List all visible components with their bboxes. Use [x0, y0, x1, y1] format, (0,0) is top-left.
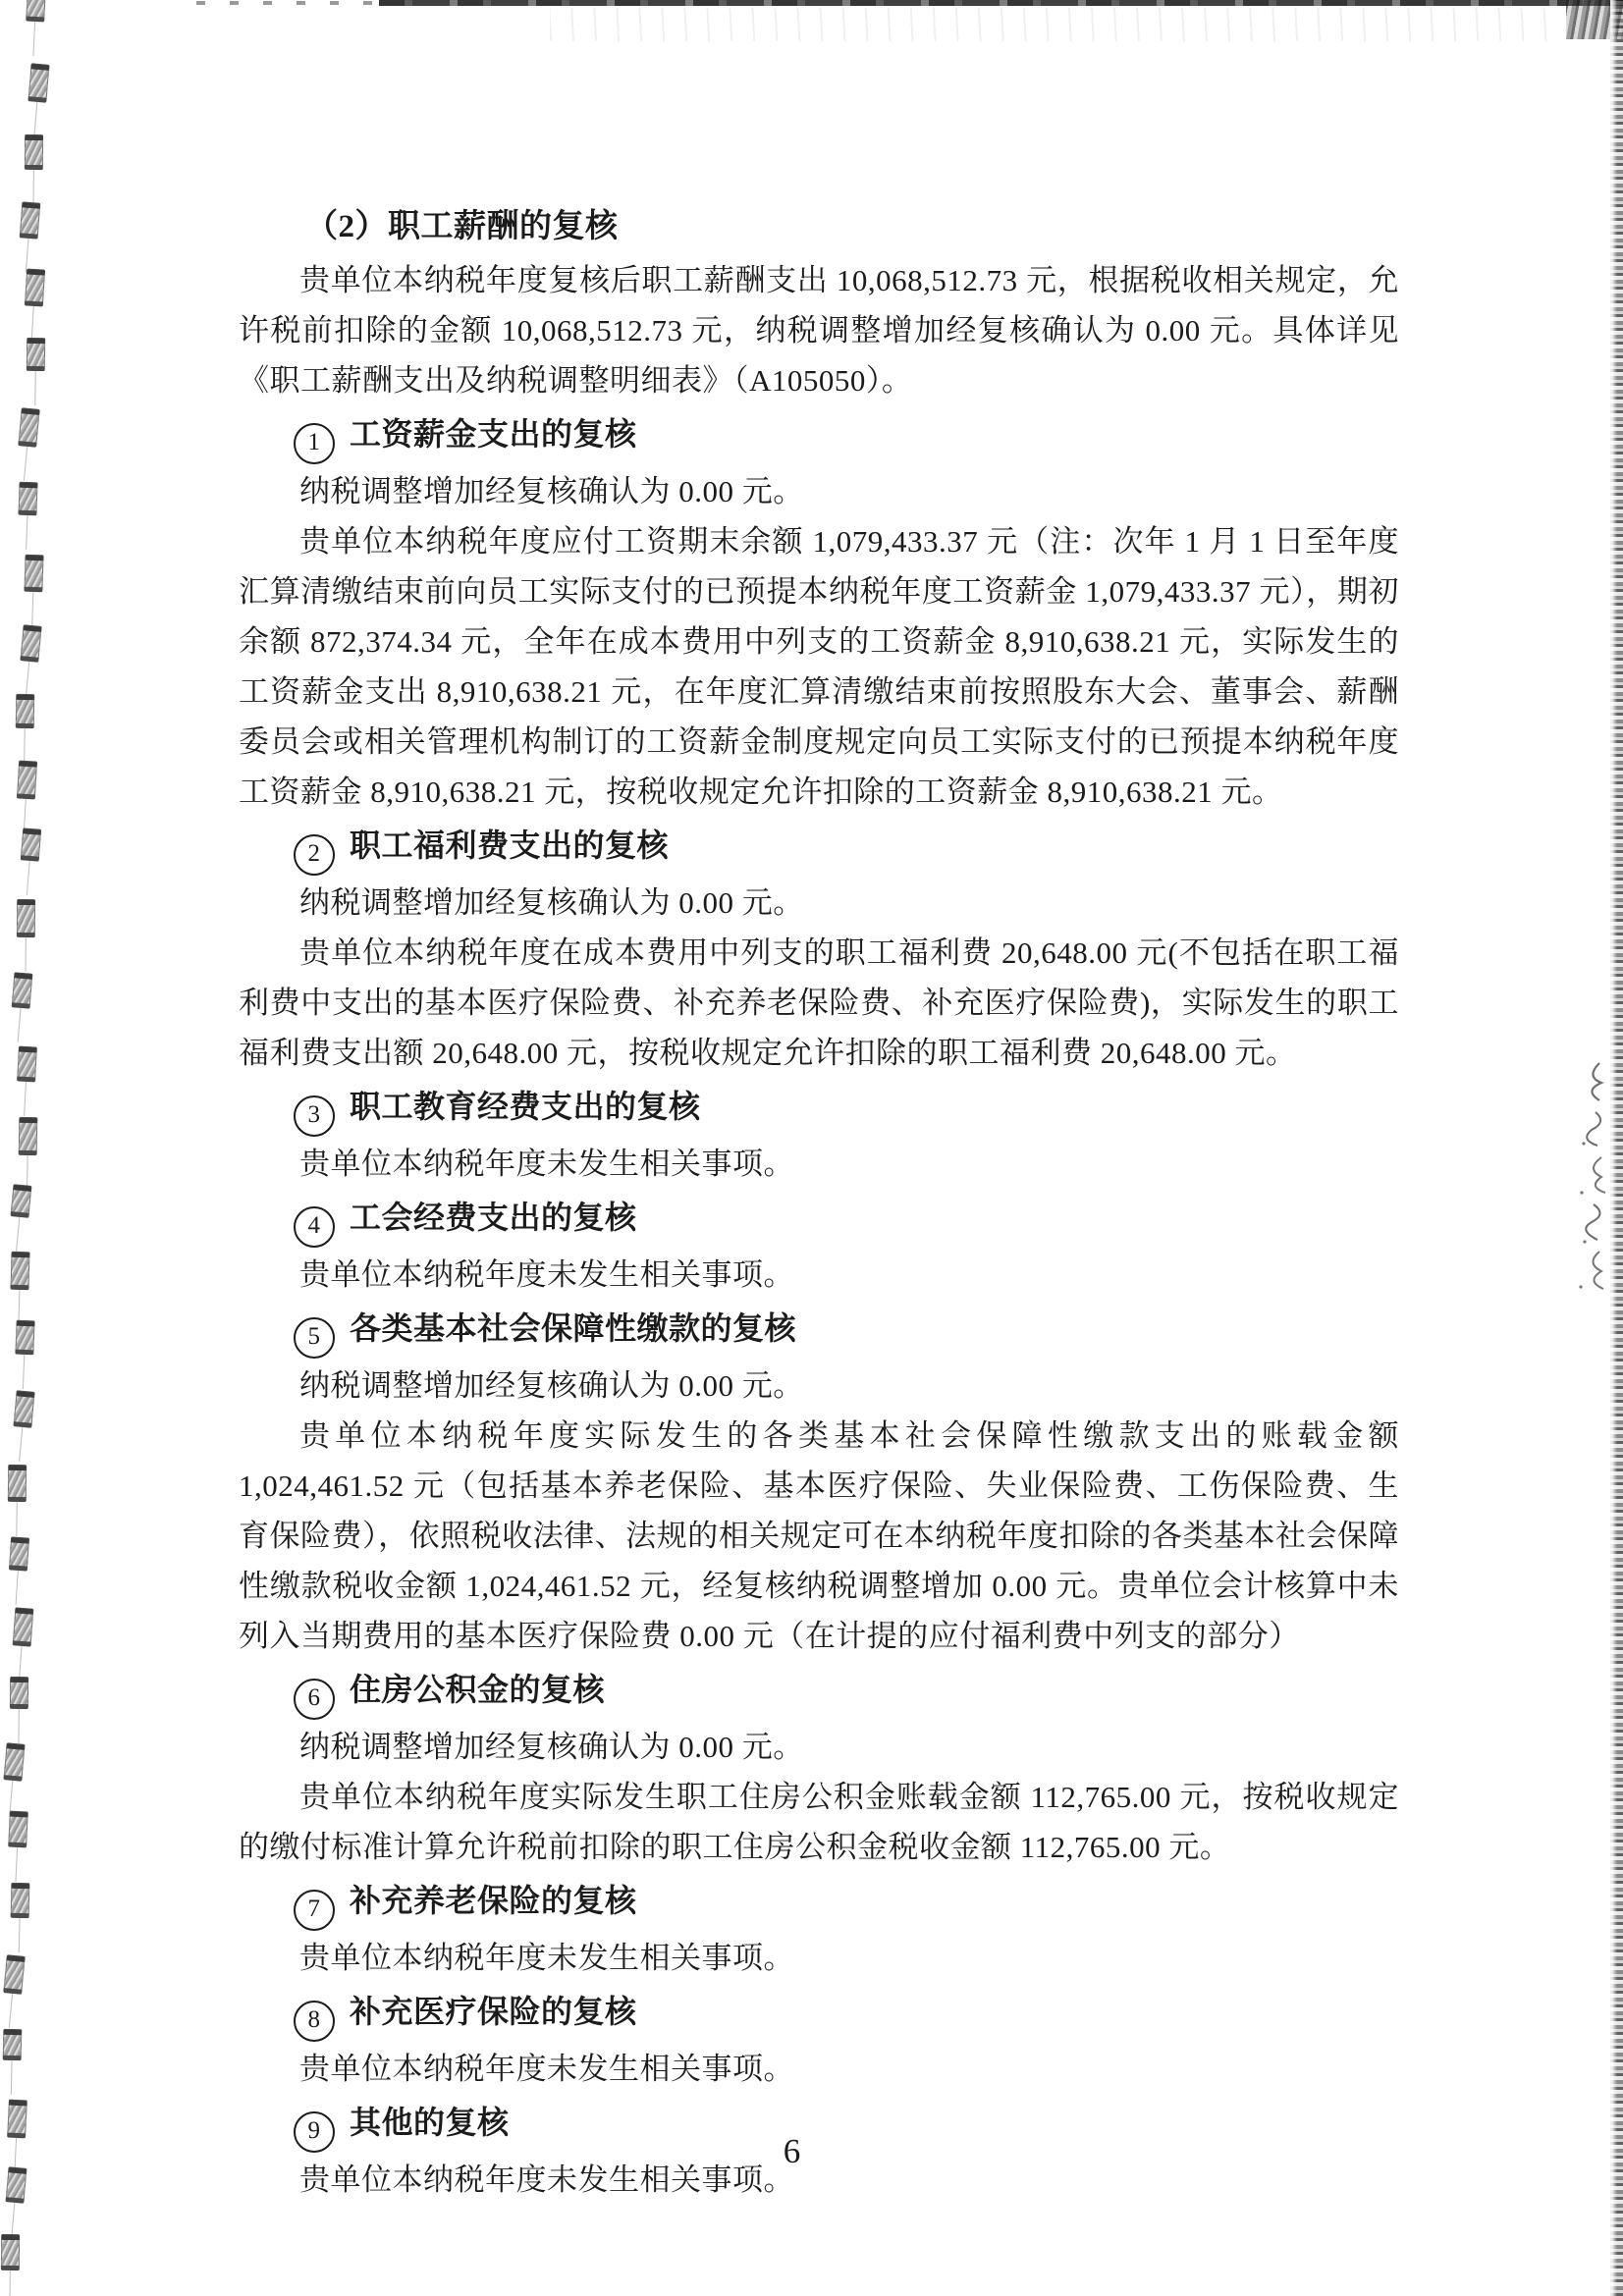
paragraph-no-related-matters: 贵单位本纳税年度未发生相关事项。	[239, 1933, 1399, 1983]
binder-hole-mark	[2, 2029, 22, 2060]
paragraph-welfare-detail: 贵单位本纳税年度在成本费用中列支的职工福利费 20,648.00 元(不包括在职…	[239, 928, 1399, 1078]
scan-top-edge-artifact	[379, 0, 1623, 6]
binder-hole-mark	[13, 1608, 34, 1647]
binder-hole-mark	[10, 1676, 28, 1709]
subheading-union-funds-review: 4工会经费支出的复核	[239, 1191, 1399, 1248]
binder-hole-mark	[20, 625, 41, 664]
subheading-social-security-review: 5各类基本社会保障性缴款的复核	[239, 1302, 1399, 1359]
circled-number-icon: 5	[294, 1317, 335, 1359]
binder-hole-mark	[26, 337, 44, 370]
subheading-supplementary-medical-review: 8补充医疗保险的复核	[239, 1985, 1399, 2042]
subheading-education-funds-review: 3职工教育经费支出的复核	[239, 1080, 1399, 1137]
binder-hole-mark	[8, 1811, 28, 1848]
section-heading-compensation-review: （2）职工薪酬的复核	[239, 201, 1399, 253]
binder-hole-mark	[16, 1319, 35, 1355]
binder-hole-mark	[24, 134, 42, 170]
subheading-welfare-review: 2职工福利费支出的复核	[239, 819, 1399, 876]
scan-speckle-artifact	[550, 8, 1564, 41]
paragraph-adjustment-confirmed: 纳税调整增加经复核确认为 0.00 元。	[239, 1361, 1399, 1411]
binder-hole-mark	[6, 2166, 27, 2203]
binder-hole-mark	[9, 1537, 29, 1572]
paragraph-adjustment-confirmed: 纳税调整增加经复核确认为 0.00 元。	[239, 878, 1399, 928]
circled-number-icon: 3	[294, 1095, 335, 1137]
binder-hole-mark	[26, 0, 46, 22]
binder-hole-mark	[25, 269, 45, 307]
binder-hole-mark	[11, 1252, 30, 1290]
paragraph-no-related-matters: 贵单位本纳税年度未发生相关事项。	[239, 1139, 1399, 1189]
paragraph-compensation-summary: 贵单位本纳税年度复核后职工薪酬支出 10,068,512.73 元，根据税收相关…	[239, 255, 1399, 405]
subheading-label: 职工福利费支出的复核	[350, 828, 669, 863]
subheading-label: 补充医疗保险的复核	[350, 1994, 637, 2029]
binder-hole-column	[0, 0, 59, 2296]
binder-hole-mark	[17, 760, 37, 799]
binder-hole-mark	[24, 555, 43, 592]
subheading-label: 工资薪金支出的复核	[350, 416, 637, 452]
document-body: （2）职工薪酬的复核 贵单位本纳税年度复核后职工薪酬支出 10,068,512.…	[239, 199, 1399, 2205]
paragraph-housing-fund-detail: 贵单位本纳税年度实际发生职工住房公积金账载金额 112,765.00 元，按税收…	[239, 1772, 1399, 1872]
binder-hole-mark	[19, 481, 38, 515]
binder-hole-mark	[21, 828, 42, 861]
binder-hole-mark	[17, 899, 35, 937]
scan-top-dashes-artifact	[196, 1, 383, 5]
binder-hole-mark	[11, 1184, 32, 1217]
binder-hole-mark	[18, 407, 40, 448]
scanned-document-page: （2）职工薪酬的复核 贵单位本纳税年度复核后职工薪酬支出 10,068,512.…	[0, 0, 1623, 2296]
subheading-label: 工会经费支出的复核	[350, 1200, 637, 1235]
subheading-supplementary-pension-review: 7补充养老保险的复核	[239, 1874, 1399, 1931]
subheading-label: 补充养老保险的复核	[350, 1883, 637, 1918]
binder-hole-mark	[11, 1882, 30, 1917]
circled-number-icon: 2	[294, 834, 335, 876]
circled-number-icon: 1	[294, 423, 335, 464]
subheading-label: 职工教育经费支出的复核	[350, 1089, 701, 1124]
binder-hole-mark	[19, 1117, 38, 1155]
circled-number-icon: 6	[294, 1679, 335, 1720]
circled-number-icon: 8	[294, 2001, 335, 2042]
circled-number-icon: 4	[294, 1206, 335, 1248]
subheading-housing-fund-review: 6住房公积金的复核	[239, 1663, 1399, 1720]
circled-number-icon: 7	[294, 1890, 335, 1931]
paragraph-adjustment-confirmed: 纳税调整增加经复核确认为 0.00 元。	[239, 1722, 1399, 1772]
page-number: 6	[0, 2132, 1584, 2171]
binder-hole-mark	[17, 1045, 37, 1082]
paragraph-wages-detail: 贵单位本纳税年度应付工资期末余额 1,079,433.37 元（注：次年 1 月…	[239, 516, 1399, 817]
handwritten-margin-marks	[1570, 1055, 1621, 1310]
binder-hole-mark	[28, 63, 50, 102]
paragraph-adjustment-confirmed: 纳税调整增加经复核确认为 0.00 元。	[239, 466, 1399, 516]
binder-hole-mark	[3, 1954, 26, 1994]
subheading-label: 住房公积金的复核	[350, 1672, 605, 1707]
paragraph-no-related-matters: 贵单位本纳税年度未发生相关事项。	[239, 2044, 1399, 2094]
binder-hole-mark	[12, 972, 33, 1009]
binder-hole-mark	[13, 1390, 34, 1428]
paragraph-social-security-detail: 贵单位本纳税年度实际发生的各类基本社会保障性缴款支出的账载金额 1,024,46…	[239, 1411, 1399, 1661]
binder-hole-mark	[0, 2234, 19, 2270]
binder-hole-mark	[8, 1465, 27, 1502]
subheading-wages-review: 1工资薪金支出的复核	[239, 407, 1399, 464]
binder-hole-mark	[20, 202, 41, 240]
paragraph-no-related-matters: 贵单位本纳税年度未发生相关事项。	[239, 1250, 1399, 1300]
binder-hole-mark	[16, 693, 35, 727]
binder-hole-mark	[3, 1742, 25, 1782]
subheading-label: 各类基本社会保障性缴款的复核	[350, 1310, 796, 1346]
